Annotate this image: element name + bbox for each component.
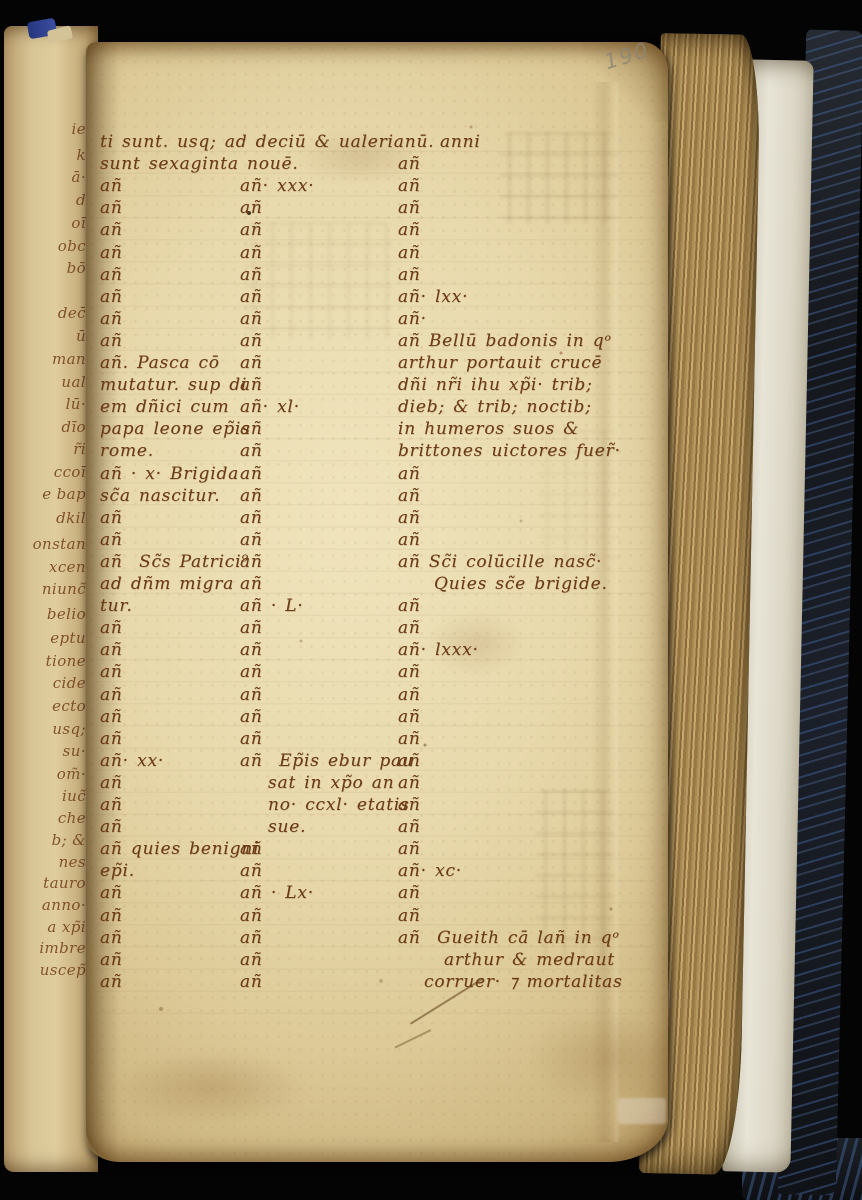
left-page-text-fragment: r̃i bbox=[6, 440, 86, 458]
left-page-text-fragment: tione bbox=[6, 652, 86, 670]
left-page-text-fragment: imbre bbox=[6, 939, 86, 957]
left-page-text-fragment: su· bbox=[6, 742, 86, 760]
left-page-text-fragment: che bbox=[6, 809, 86, 827]
left-page-text-fragment: bō bbox=[6, 259, 86, 277]
left-page-text-fragment: oī bbox=[6, 214, 86, 232]
vellum-fold bbox=[591, 82, 621, 1142]
left-page-text-fragment: lū· bbox=[6, 395, 86, 413]
left-page-text-fragment: d bbox=[6, 191, 86, 209]
show-through-marks bbox=[244, 222, 392, 340]
show-through-marks bbox=[538, 430, 620, 570]
left-page-text-fragment: k bbox=[6, 146, 86, 164]
manuscript-page: 190 bbox=[86, 42, 668, 1162]
left-page-text-fragment: uscep̃ bbox=[6, 961, 86, 979]
left-page-text-fragment: om̃· bbox=[6, 765, 86, 783]
left-page-text-fragment: dkil bbox=[6, 509, 86, 527]
left-page-text-fragment: cide bbox=[6, 674, 86, 692]
left-page-text-fragment: b; & bbox=[6, 831, 86, 849]
translucent-tab bbox=[618, 1098, 666, 1124]
left-page-text-fragment: ual bbox=[6, 373, 86, 391]
left-page-text-fragment: eptu bbox=[6, 629, 86, 647]
left-page-text-fragment: dīo bbox=[6, 418, 86, 436]
left-page-text-fragment: e bap bbox=[6, 485, 86, 503]
left-page-text-fragment: belio bbox=[6, 605, 86, 623]
stain bbox=[526, 1010, 696, 1106]
gutter-shadow bbox=[86, 42, 120, 1162]
left-page-text-fragment: tauro bbox=[6, 874, 86, 892]
left-page-text-fragment: man bbox=[6, 350, 86, 368]
show-through-marks bbox=[536, 790, 614, 958]
left-page-text-fragment: niunc̃ bbox=[6, 580, 86, 598]
left-page-text-fragment: xcen bbox=[6, 558, 86, 576]
stain bbox=[116, 1050, 306, 1124]
left-page-text-fragment: a xp̃i bbox=[6, 918, 86, 936]
stain bbox=[296, 130, 426, 184]
left-page-text-fragment: obc bbox=[6, 237, 86, 255]
left-page-text-fragment: onstan bbox=[6, 535, 86, 553]
ink-specks bbox=[86, 42, 88, 44]
left-page-text-fragment: usq; bbox=[6, 720, 86, 738]
left-page-text-fragment: ā· bbox=[6, 168, 86, 186]
stain bbox=[426, 612, 526, 676]
show-through-marks bbox=[500, 132, 618, 224]
left-page-text-fragment: iuc̃ bbox=[6, 787, 86, 805]
left-page-text-fragment: ccoī bbox=[6, 463, 86, 481]
previous-page-edge: iekā·doīobcbōdec̄ūmanuallū·dīor̃iccoīe b… bbox=[4, 26, 98, 1172]
manuscript-photo-scene: iekā·doīobcbōdec̄ūmanuallū·dīor̃iccoīe b… bbox=[0, 0, 862, 1200]
left-page-text-fragment: ū bbox=[6, 327, 86, 345]
left-page-text-fragment: ecto bbox=[6, 697, 86, 715]
left-page-text-fragment: anno· bbox=[6, 896, 86, 914]
left-page-text-fragment: ie bbox=[6, 120, 86, 138]
left-page-text-fragment: dec̄ bbox=[6, 304, 86, 322]
left-page-text-fragment: nes bbox=[6, 853, 86, 871]
